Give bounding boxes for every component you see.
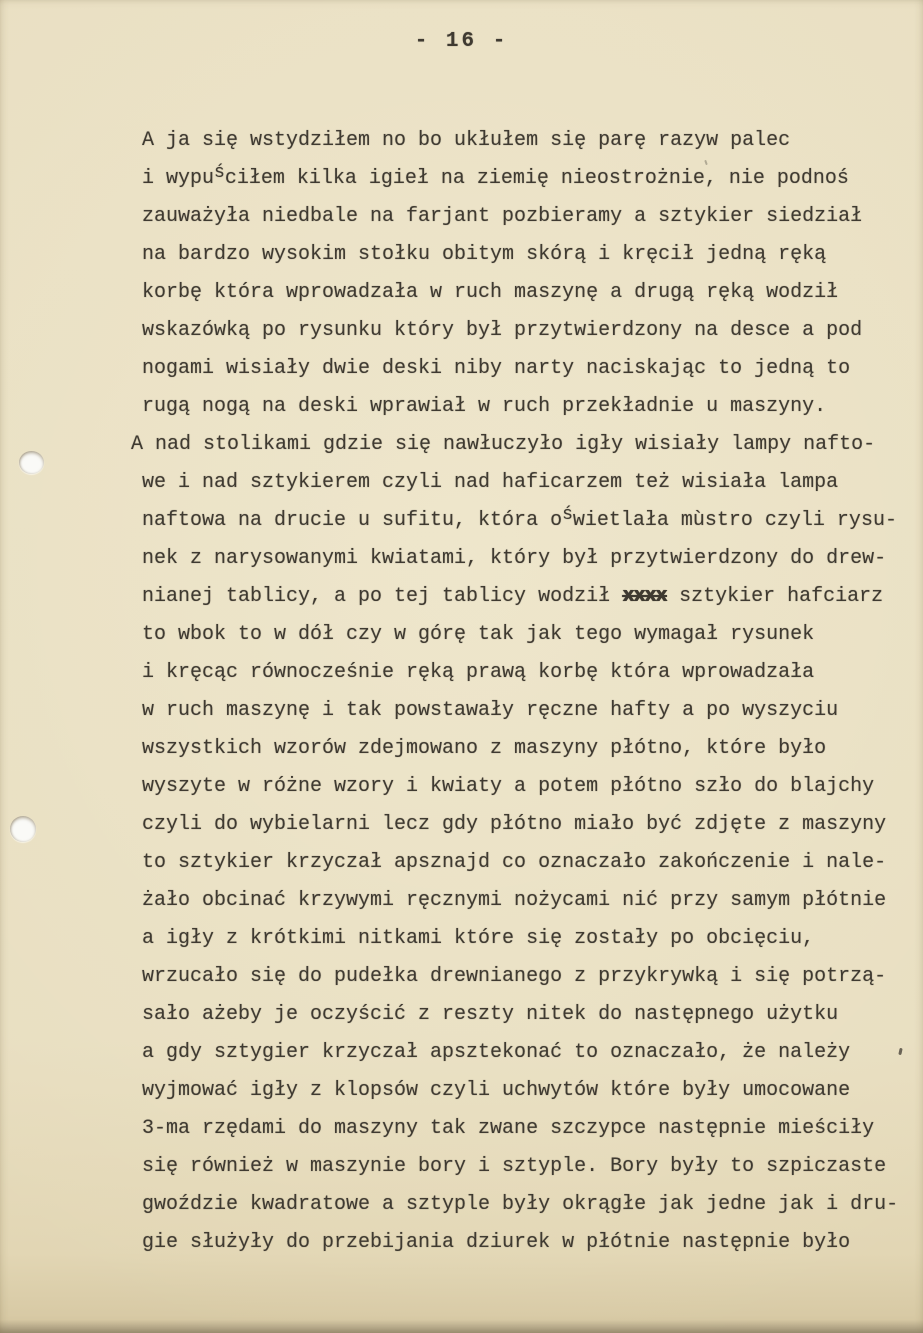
text-line: wskazówką po rysunku który był przytwier…	[142, 312, 912, 350]
punch-hole-icon	[10, 816, 36, 842]
text-line: we i nad sztykierem czyli nad haficarzem…	[142, 464, 912, 502]
text-line: i kręcąc równocześnie ręką prawą korbę k…	[142, 654, 912, 692]
text-line: A ja się wstydziłem no bo ukłułem się pa…	[142, 122, 912, 160]
text-line: gie służyły do przebijania dziurek w płó…	[142, 1224, 912, 1262]
text-block: A ja się wstydziłem no bo ukłułem się pa…	[142, 122, 912, 1262]
text-line: wyszyte w różne wzory i kwiaty a potem p…	[142, 768, 912, 806]
text-line: i wypuściłem kilka igieł na ziemię nieos…	[142, 160, 912, 198]
text-line: a igły z krótkimi nitkami które się zost…	[142, 920, 912, 958]
text-line: nek z narysowanymi kwiatami, który był p…	[142, 540, 912, 578]
punch-hole-icon	[19, 451, 44, 474]
text-line: gwoździe kwadratowe a sztyple były okrąg…	[142, 1186, 912, 1224]
text-line: nianej tablicy, a po tej tablicy wodził …	[142, 578, 912, 616]
text-line: wyjmować igły z klopsów czyli uchwytów k…	[142, 1072, 912, 1110]
text-line: to sztykier krzyczał apsznajd co oznacza…	[142, 844, 912, 882]
text-line: a gdy sztygier krzyczał apsztekonać to o…	[142, 1034, 912, 1072]
scanned-page: - 16 - A ja się wstydziłem no bo ukłułem…	[0, 0, 923, 1333]
text-line: naftowa na drucie u sufitu, która oświet…	[142, 502, 912, 540]
text-line: czyli do wybielarni lecz gdy płótno miał…	[142, 806, 912, 844]
text-line: żało obcinać krzywymi ręcznymi nożycami …	[142, 882, 912, 920]
text-line: nogami wisiały dwie deski niby narty nac…	[142, 350, 912, 388]
text-line: wrzucało się do pudełka drewnianego z pr…	[142, 958, 912, 996]
text-line: w ruch maszynę i tak powstawały ręczne h…	[142, 692, 912, 730]
page-number: - 16 -	[0, 30, 923, 53]
text-line: wszystkich wzorów zdejmowano z maszyny p…	[142, 730, 912, 768]
text-line: A nad stolikami gdzie się nawłuczyło igł…	[131, 426, 912, 464]
text-line: sało ażeby je oczyścić z reszty nitek do…	[142, 996, 912, 1034]
text-line: zauważyła niedbale na farjant pozbieramy…	[142, 198, 912, 236]
text-line: się również w maszynie bory i sztyple. B…	[142, 1148, 912, 1186]
text-line: 3-ma rzędami do maszyny tak zwane szczyp…	[142, 1110, 912, 1148]
text-line: to wbok to w dół czy w górę tak jak tego…	[142, 616, 912, 654]
text-line: korbę która wprowadzała w ruch maszynę a…	[142, 274, 912, 312]
text-line: rugą nogą na deski wprawiał w ruch przek…	[142, 388, 912, 426]
text-line: na bardzo wysokim stołku obitym skórą i …	[142, 236, 912, 274]
